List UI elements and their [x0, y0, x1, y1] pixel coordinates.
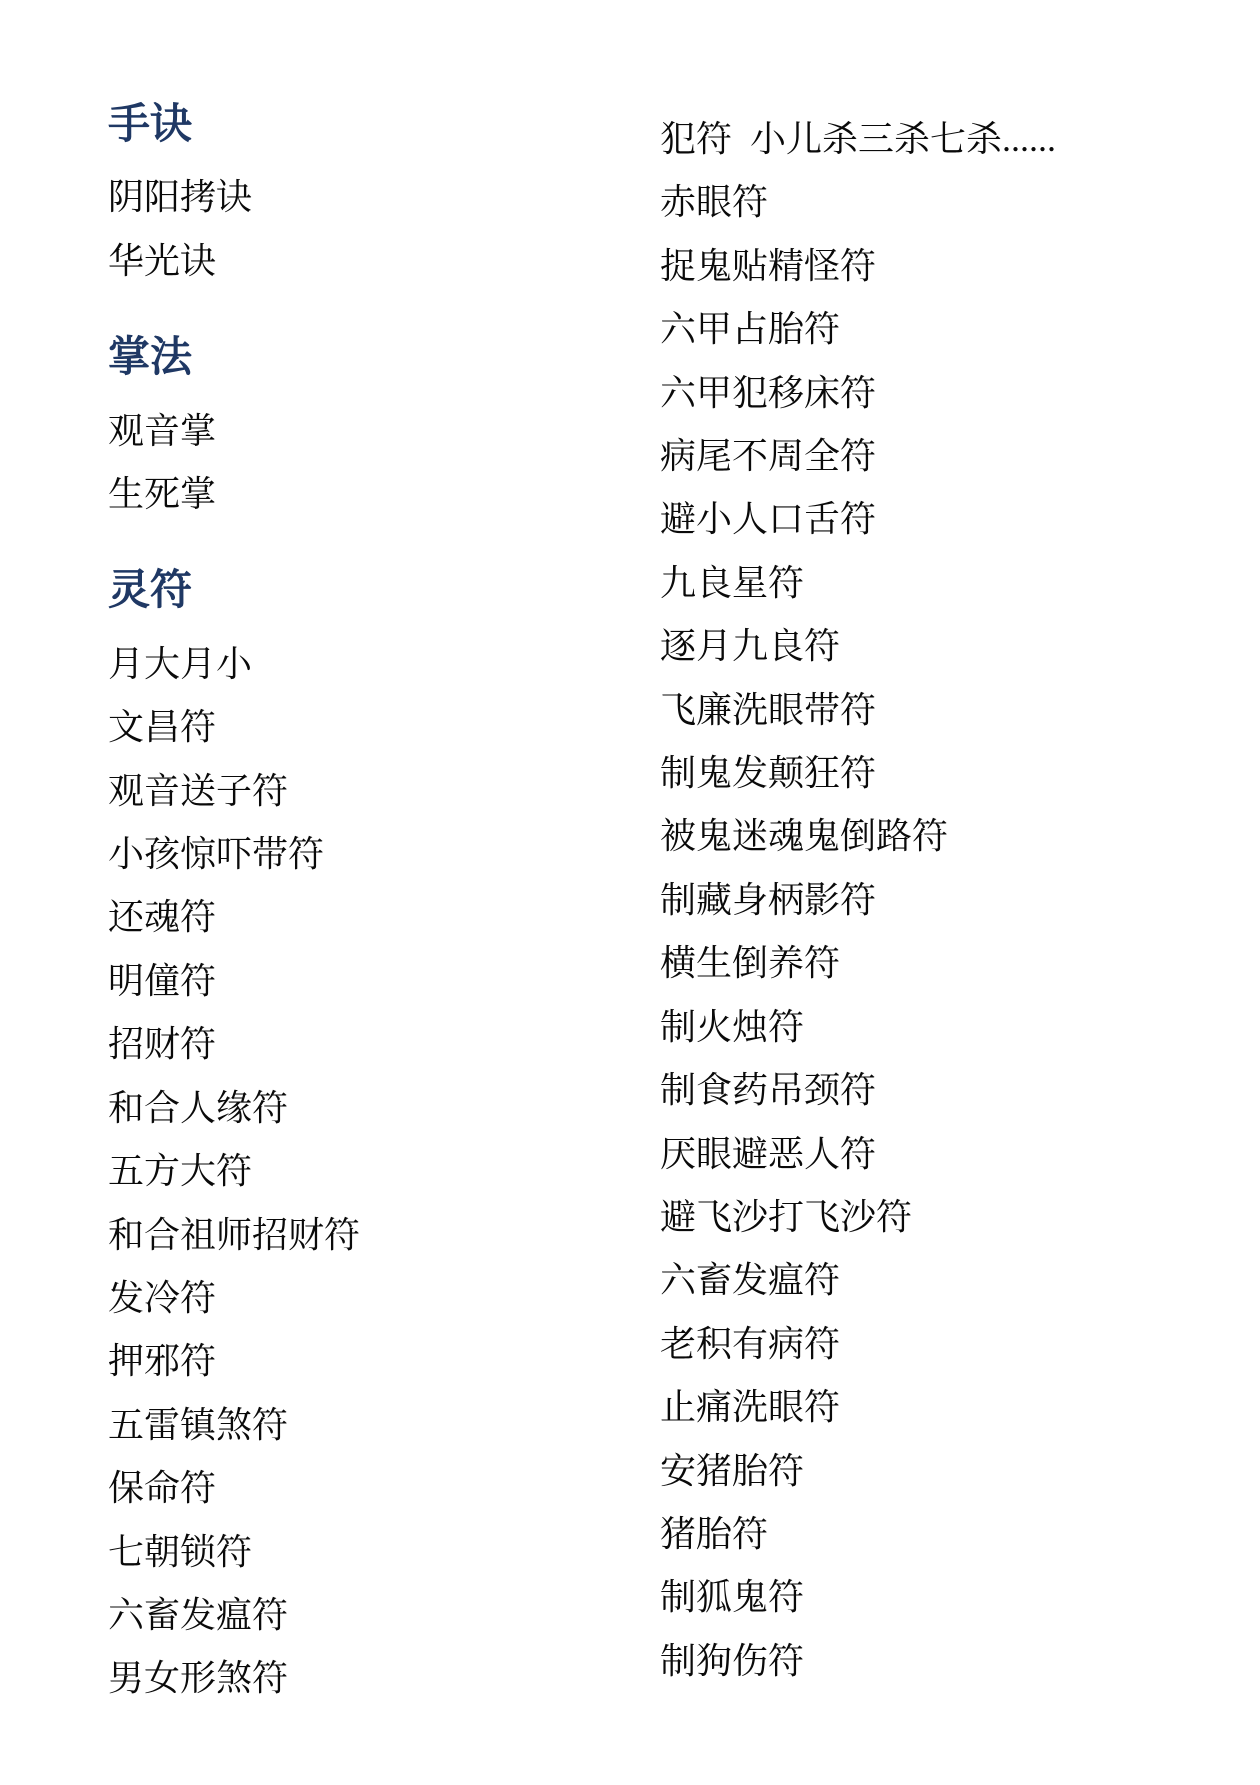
list-item: 制狗伤符 — [660, 1630, 1220, 1693]
list-item: 六甲犯移床符 — [660, 362, 1220, 425]
list-item: 月大月小 — [108, 633, 648, 696]
list-item: 制火烛符 — [660, 996, 1220, 1059]
left-column: 手诀阴阳拷诀华光诀掌法观音掌生死掌灵符月大月小文昌符观音送子符小孩惊吓带符还魂符… — [108, 94, 648, 1711]
list-item: 制鬼发颠狂符 — [660, 742, 1220, 805]
list-item: 止痛洗眼符 — [660, 1376, 1220, 1439]
list-item: 华光诀 — [108, 230, 648, 293]
list-item: 押邪符 — [108, 1330, 648, 1393]
list-item: 制食药吊颈符 — [660, 1059, 1220, 1122]
list-item: 老积有病符 — [660, 1313, 1220, 1376]
list-item: 厌眼避恶人符 — [660, 1123, 1220, 1186]
section-heading: 手诀 — [108, 94, 648, 157]
list-item: 六畜发瘟符 — [108, 1584, 648, 1647]
list-item: 生死掌 — [108, 463, 648, 526]
list-item: 避飞沙打飞沙符 — [660, 1186, 1220, 1249]
list-item: 保命符 — [108, 1457, 648, 1520]
list-item: 赤眼符 — [660, 171, 1220, 234]
list-item: 安猪胎符 — [660, 1440, 1220, 1503]
list-item: 九良星符 — [660, 552, 1220, 615]
list-item: 七朝锁符 — [108, 1521, 648, 1584]
document-page: 手诀阴阳拷诀华光诀掌法观音掌生死掌灵符月大月小文昌符观音送子符小孩惊吓带符还魂符… — [0, 0, 1260, 1785]
list-item: 还魂符 — [108, 886, 648, 949]
list-item: 五雷镇煞符 — [108, 1394, 648, 1457]
list-item: 捉鬼贴精怪符 — [660, 235, 1220, 298]
list-item: 观音掌 — [108, 400, 648, 463]
list-item: 和合祖师招财符 — [108, 1204, 648, 1267]
list-item: 发冷符 — [108, 1267, 648, 1330]
list-item: 犯符 小儿杀三杀七杀...... — [660, 108, 1220, 171]
list-item: 明僮符 — [108, 950, 648, 1013]
list-item: 五方大符 — [108, 1140, 648, 1203]
right-column: 犯符 小儿杀三杀七杀......赤眼符捉鬼贴精怪符六甲占胎符六甲犯移床符病尾不周… — [660, 108, 1220, 1693]
list-item: 和合人缘符 — [108, 1077, 648, 1140]
section-heading: 掌法 — [108, 327, 648, 390]
list-item: 制狐鬼符 — [660, 1566, 1220, 1629]
list-item: 横生倒养符 — [660, 932, 1220, 995]
list-item: 猪胎符 — [660, 1503, 1220, 1566]
list-item: 六畜发瘟符 — [660, 1249, 1220, 1312]
list-item: 逐月九良符 — [660, 615, 1220, 678]
list-item: 避小人口舌符 — [660, 488, 1220, 551]
list-item: 被鬼迷魂鬼倒路符 — [660, 805, 1220, 868]
list-item: 男女形煞符 — [108, 1647, 648, 1710]
list-item: 文昌符 — [108, 696, 648, 759]
section-heading: 灵符 — [108, 560, 648, 623]
list-item: 飞廉洗眼带符 — [660, 679, 1220, 742]
list-item: 病尾不周全符 — [660, 425, 1220, 488]
list-item: 小孩惊吓带符 — [108, 823, 648, 886]
list-item: 六甲占胎符 — [660, 298, 1220, 361]
list-item: 制藏身柄影符 — [660, 869, 1220, 932]
list-item: 阴阳拷诀 — [108, 166, 648, 229]
list-item: 招财符 — [108, 1013, 648, 1076]
list-item: 观音送子符 — [108, 760, 648, 823]
